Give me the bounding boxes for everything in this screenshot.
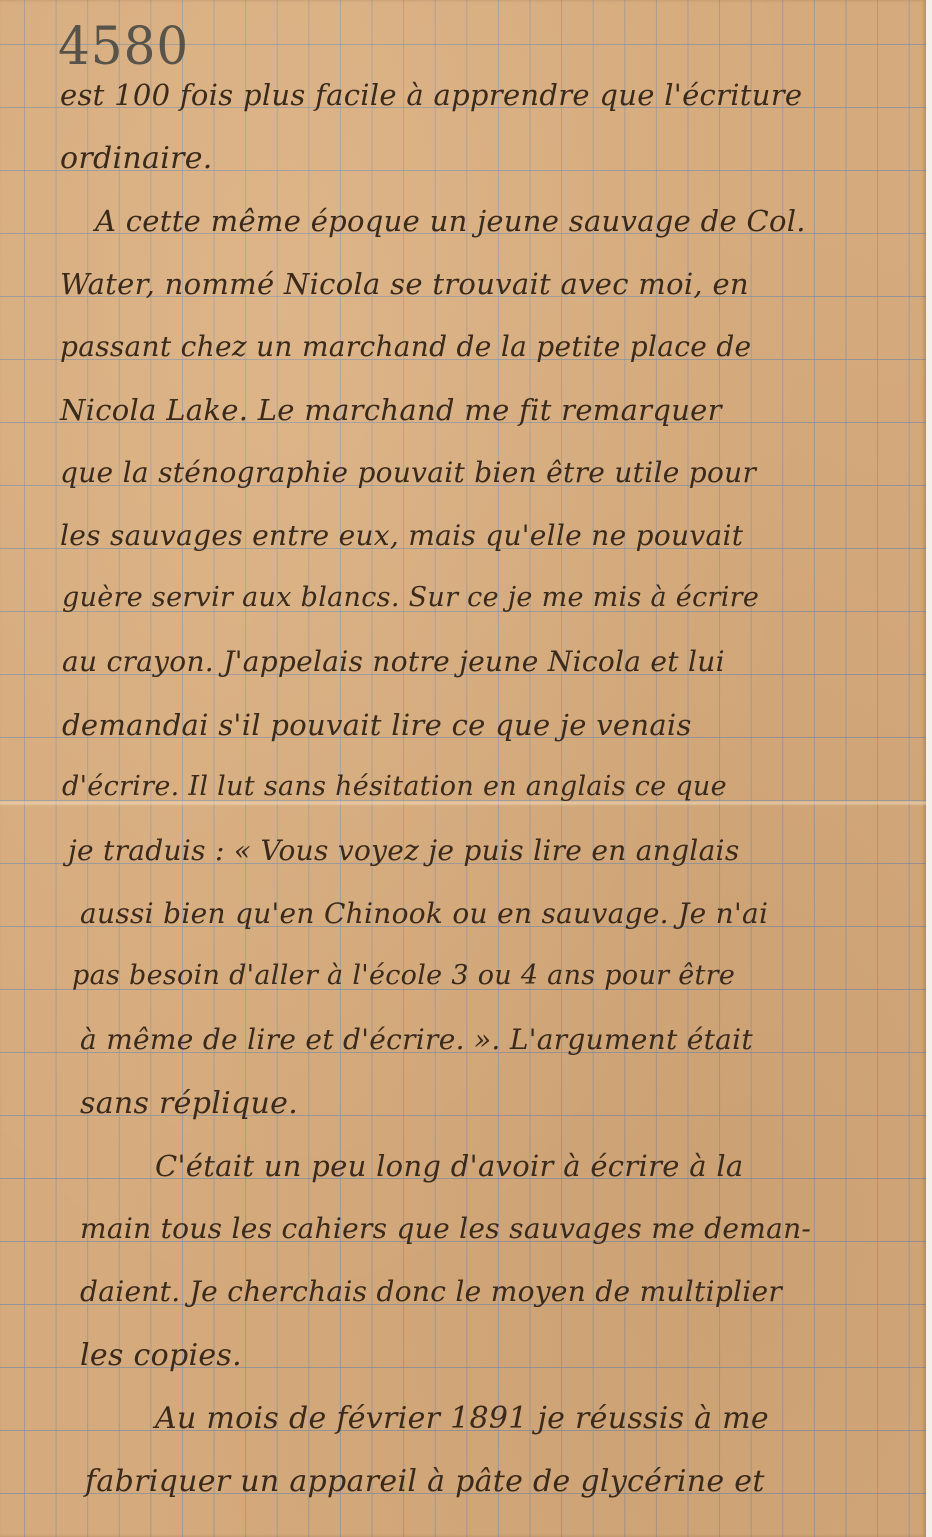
text-line-23: fabriquer un appareil à pâte de glycérin… [85, 1464, 765, 1499]
text-line-3: A cette même époque un jeune sauvage de … [95, 204, 806, 238]
manuscript-page: 4580 est 100 fois plus facile à apprendr… [0, 0, 926, 1537]
text-line-11: demandai s'il pouvait lire ce que je ven… [62, 708, 692, 742]
text-line-22: Au mois de février 1891 je réussis à me [155, 1401, 769, 1436]
text-line-20: daient. Je cherchais donc le moyen de mu… [80, 1275, 782, 1308]
text-line-10: au crayon. J'appelais notre jeune Nicola… [62, 645, 725, 678]
text-line-19: main tous les cahiers que les sauvages m… [80, 1212, 811, 1245]
text-line-14: aussi bien qu'en Chinook ou en sauvage. … [80, 897, 768, 930]
text-line-6: Nicola Lake. Le marchand me fit remarque… [60, 393, 722, 427]
text-line-7: que la sténographie pouvait bien être ut… [60, 456, 756, 489]
text-line-9: guère servir aux blancs. Sur ce je me mi… [62, 582, 759, 613]
text-line-1: est 100 fois plus facile à apprendre que… [60, 78, 802, 112]
text-line-4: Water, nommé Nicola se trouvait avec moi… [60, 267, 749, 301]
text-line-16: à même de lire et d'écrire. ». L'argumen… [80, 1023, 753, 1056]
text-line-21: les copies. [80, 1338, 242, 1373]
text-line-5: passant chez un marchand de la petite pl… [60, 330, 751, 363]
text-line-18: C'était un peu long d'avoir à écrire à l… [155, 1149, 744, 1183]
text-line-13: je traduis : « Vous voyez je puis lire e… [68, 834, 739, 867]
page-number-stamp: 4580 [58, 17, 189, 76]
text-line-8: les sauvages entre eux, mais qu'elle ne … [60, 519, 743, 552]
text-line-15: pas besoin d'aller à l'école 3 ou 4 ans … [72, 960, 735, 991]
text-line-2: ordinaire. [60, 141, 213, 176]
text-line-12: d'écrire. Il lut sans hésitation en angl… [62, 771, 727, 802]
text-line-17: sans réplique. [80, 1086, 298, 1121]
